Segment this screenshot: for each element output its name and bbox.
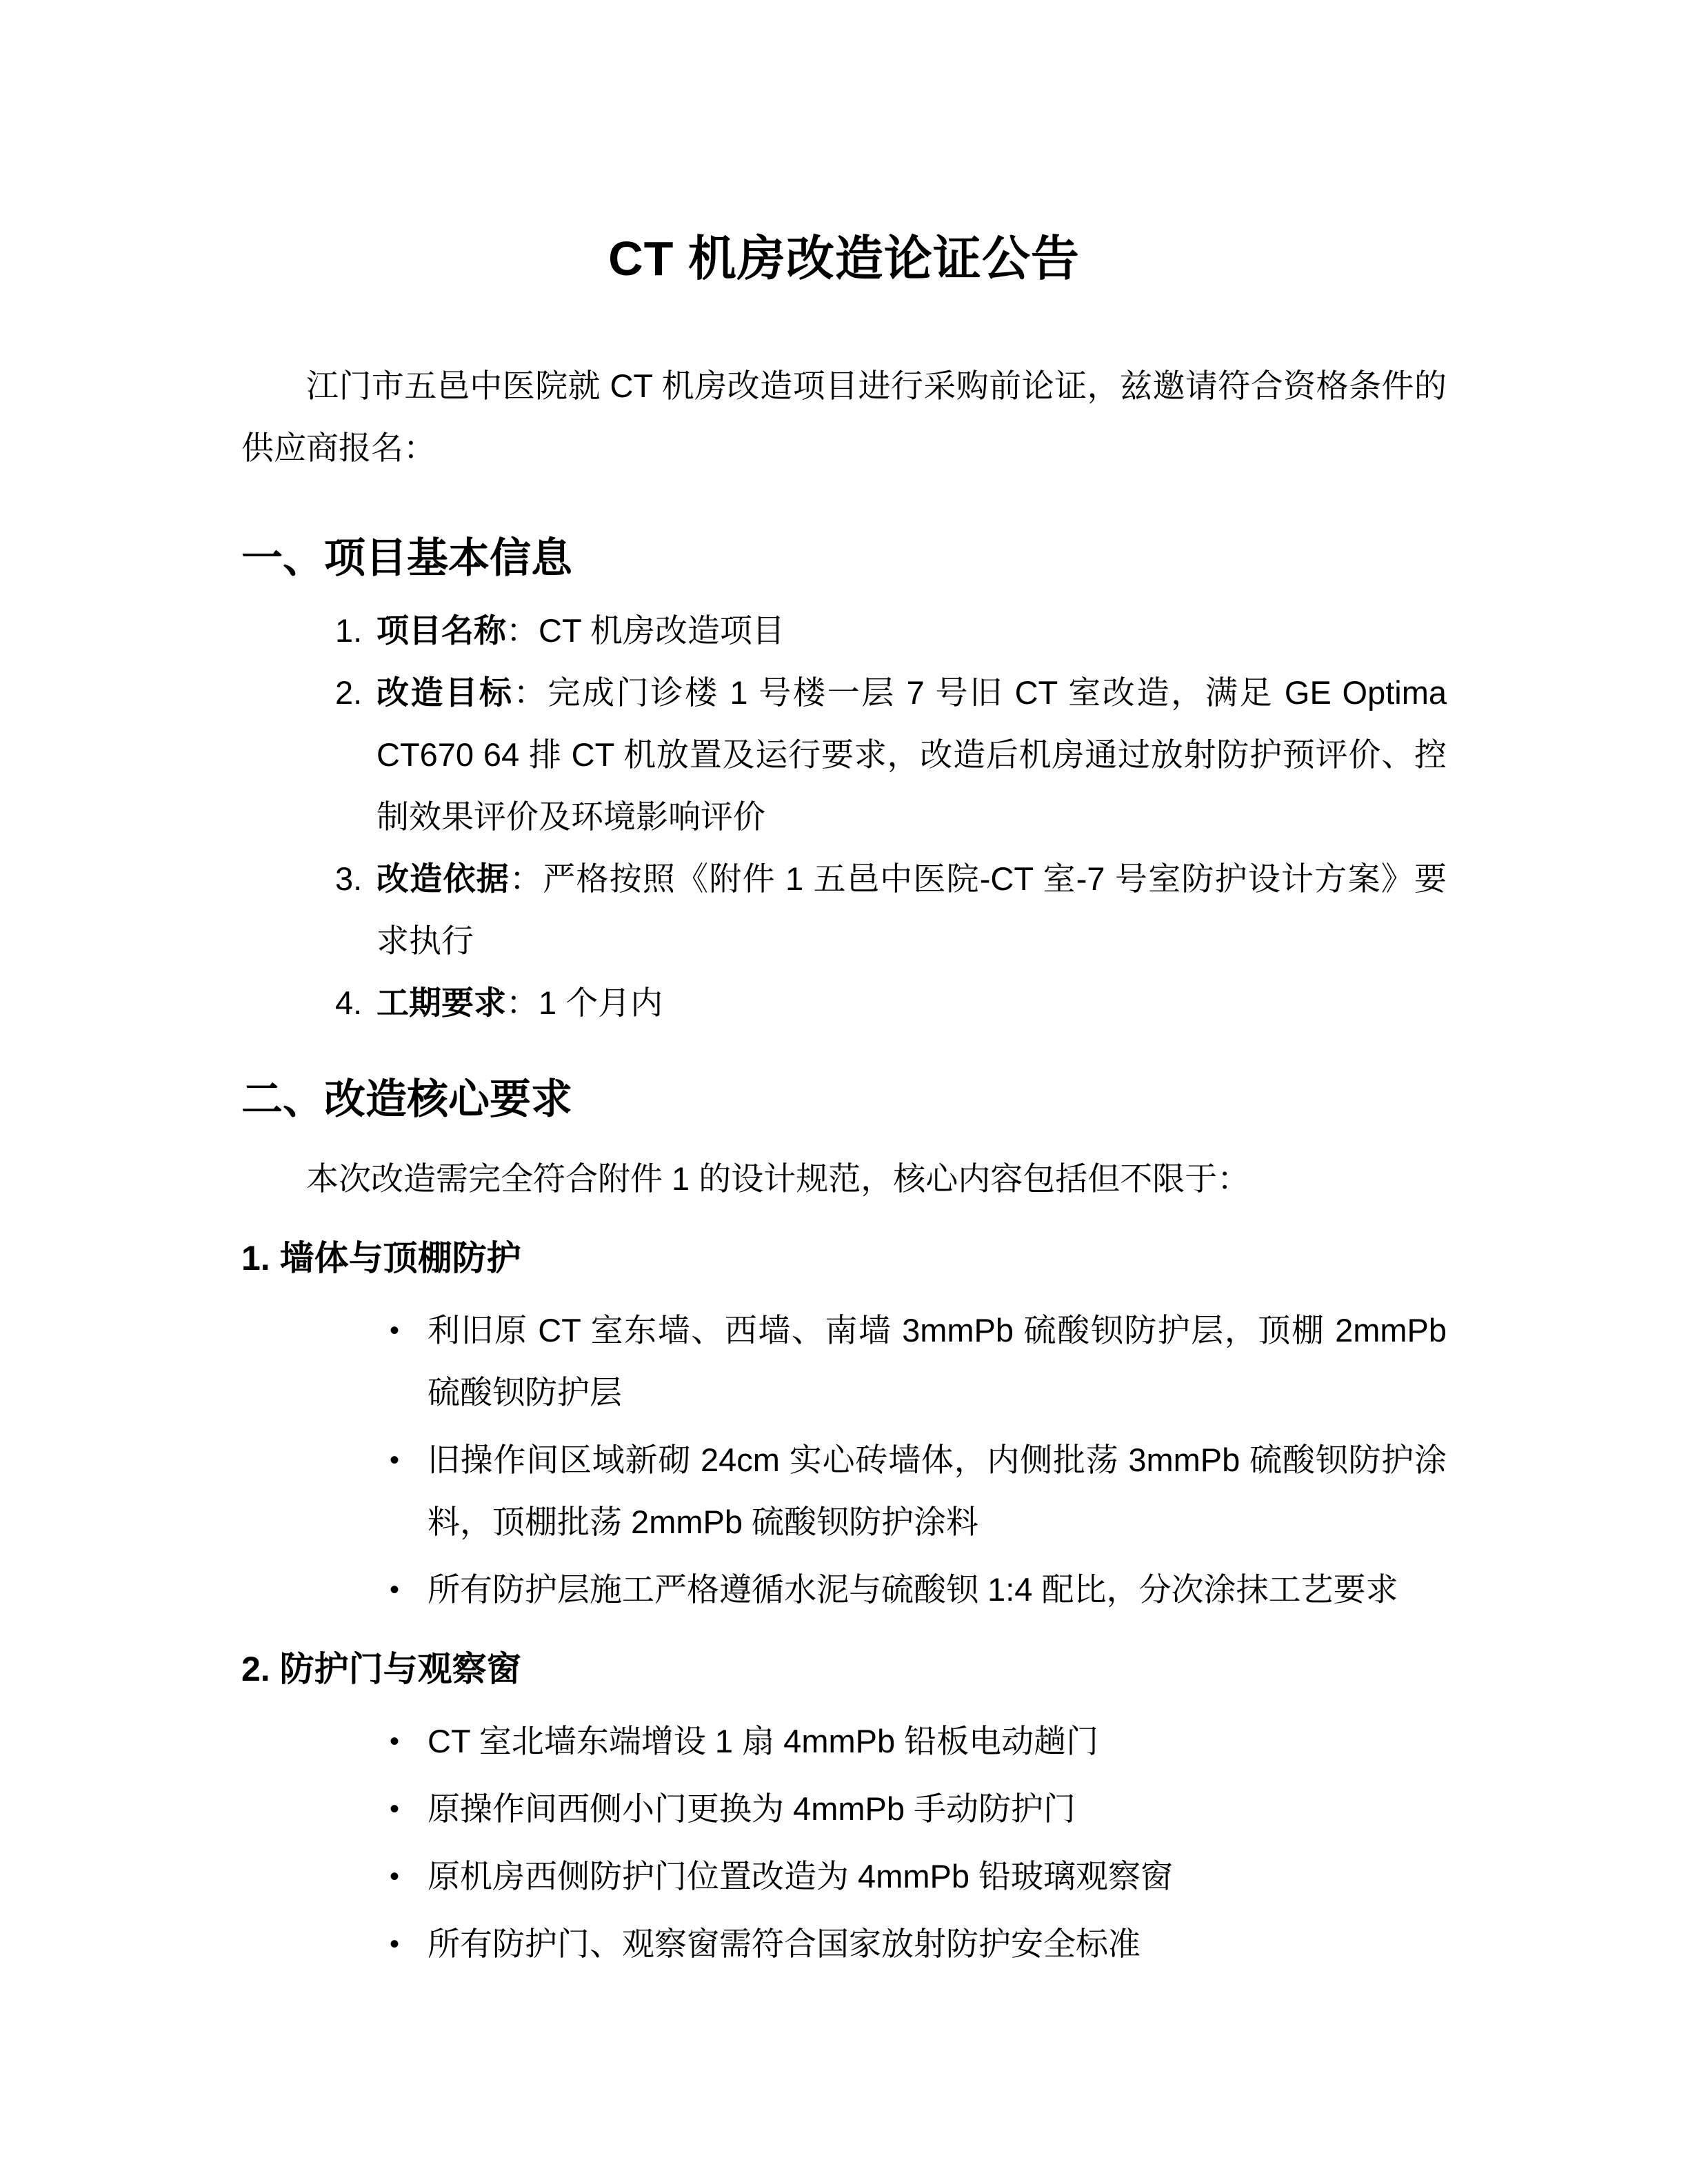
item-number: 3. <box>335 848 376 910</box>
item-label: 项目名称 <box>376 612 506 649</box>
item-body: ：完成门诊楼 1 号楼一层 7 号旧 CT 室改造，满足 GE Optima C… <box>376 674 1447 835</box>
subsection-walls-ceiling-heading: 1. 墙体与顶棚防护 <box>241 1227 1447 1289</box>
list-item-construction-period: 4. 工期要求：1 个月内 <box>241 972 1447 1034</box>
bullet-text: 所有防护门、观察窗需符合国家放射防护安全标准 <box>428 1913 1447 1975</box>
bullet-text: 原机房西侧防护门位置改造为 4mmPb 铅玻璃观察窗 <box>428 1846 1447 1908</box>
document-page: CT 机房改造论证公告 江门市五邑中医院就 CT 机房改造项目进行采购前论证，兹… <box>0 0 1688 2184</box>
section-core-requirements-heading: 二、改造核心要求 <box>241 1065 1447 1134</box>
bullet-item: • CT 室北墙东端增设 1 扇 4mmPb 铅板电动趟门 <box>241 1710 1447 1772</box>
bullet-item: • 原机房西侧防护门位置改造为 4mmPb 铅玻璃观察窗 <box>241 1846 1447 1908</box>
item-number: 4. <box>335 972 376 1034</box>
item-label: 改造依据 <box>376 860 510 897</box>
bullet-text: 原操作间西侧小门更换为 4mmPb 手动防护门 <box>428 1778 1447 1840</box>
bullet-item: • 旧操作间区域新砌 24cm 实心砖墙体，内侧批荡 3mmPb 硫酸钡防护涂料… <box>241 1429 1447 1553</box>
section-basic-info-heading: 一、项目基本信息 <box>241 524 1447 593</box>
bullet-dot-icon: • <box>390 1710 428 1772</box>
item-body: ：CT 机房改造项目 <box>506 612 785 649</box>
doc-title: CT 机房改造论证公告 <box>241 221 1447 296</box>
core-requirements-lead: 本次改造需完全符合附件 1 的设计规范，核心内容包括但不限于： <box>241 1148 1447 1210</box>
doors-windows-bullet-list: • CT 室北墙东端增设 1 扇 4mmPb 铅板电动趟门 • 原操作间西侧小门… <box>241 1710 1447 1975</box>
item-text: 工期要求：1 个月内 <box>376 972 1447 1034</box>
item-number: 2. <box>335 662 376 724</box>
subsection-doors-windows-heading: 2. 防护门与观察窗 <box>241 1638 1447 1700</box>
basic-info-list: 1. 项目名称：CT 机房改造项目 2. 改造目标：完成门诊楼 1 号楼一层 7… <box>241 600 1447 1034</box>
bullet-text: 所有防护层施工严格遵循水泥与硫酸钡 1:4 配比，分次涂抹工艺要求 <box>428 1559 1447 1621</box>
bullet-dot-icon: • <box>390 1778 428 1840</box>
item-label: 工期要求 <box>376 984 506 1021</box>
bullet-item: • 利旧原 CT 室东墙、西墙、南墙 3mmPb 硫酸钡防护层，顶棚 2mmPb… <box>241 1300 1447 1424</box>
bullet-dot-icon: • <box>390 1913 428 1975</box>
bullet-item: • 原操作间西侧小门更换为 4mmPb 手动防护门 <box>241 1778 1447 1840</box>
bullet-dot-icon: • <box>390 1559 428 1621</box>
bullet-dot-icon: • <box>390 1300 428 1362</box>
bullet-dot-icon: • <box>390 1846 428 1908</box>
item-text: 改造目标：完成门诊楼 1 号楼一层 7 号旧 CT 室改造，满足 GE Opti… <box>376 662 1447 848</box>
list-item-project-name: 1. 项目名称：CT 机房改造项目 <box>241 600 1447 662</box>
bullet-item: • 所有防护层施工严格遵循水泥与硫酸钡 1:4 配比，分次涂抹工艺要求 <box>241 1559 1447 1621</box>
bullet-dot-icon: • <box>390 1429 428 1491</box>
item-body: ：1 个月内 <box>506 984 663 1021</box>
bullet-item: • 所有防护门、观察窗需符合国家放射防护安全标准 <box>241 1913 1447 1975</box>
list-item-renovation-basis: 3. 改造依据：严格按照《附件 1 五邑中医院-CT 室-7 号室防护设计方案》… <box>241 848 1447 972</box>
item-label: 改造目标 <box>376 674 514 711</box>
list-item-renovation-goal: 2. 改造目标：完成门诊楼 1 号楼一层 7 号旧 CT 室改造，满足 GE O… <box>241 662 1447 848</box>
item-number: 1. <box>335 600 376 662</box>
walls-ceiling-bullet-list: • 利旧原 CT 室东墙、西墙、南墙 3mmPb 硫酸钡防护层，顶棚 2mmPb… <box>241 1300 1447 1621</box>
item-text: 改造依据：严格按照《附件 1 五邑中医院-CT 室-7 号室防护设计方案》要求执… <box>376 848 1447 972</box>
bullet-text: 利旧原 CT 室东墙、西墙、南墙 3mmPb 硫酸钡防护层，顶棚 2mmPb 硫… <box>428 1300 1447 1424</box>
bullet-text: 旧操作间区域新砌 24cm 实心砖墙体，内侧批荡 3mmPb 硫酸钡防护涂料，顶… <box>428 1429 1447 1553</box>
item-text: 项目名称：CT 机房改造项目 <box>376 600 1447 662</box>
intro-paragraph: 江门市五邑中医院就 CT 机房改造项目进行采购前论证，兹邀请符合资格条件的供应商… <box>241 355 1447 479</box>
bullet-text: CT 室北墙东端增设 1 扇 4mmPb 铅板电动趟门 <box>428 1710 1447 1772</box>
item-body: ：严格按照《附件 1 五邑中医院-CT 室-7 号室防护设计方案》要求执行 <box>376 860 1447 959</box>
